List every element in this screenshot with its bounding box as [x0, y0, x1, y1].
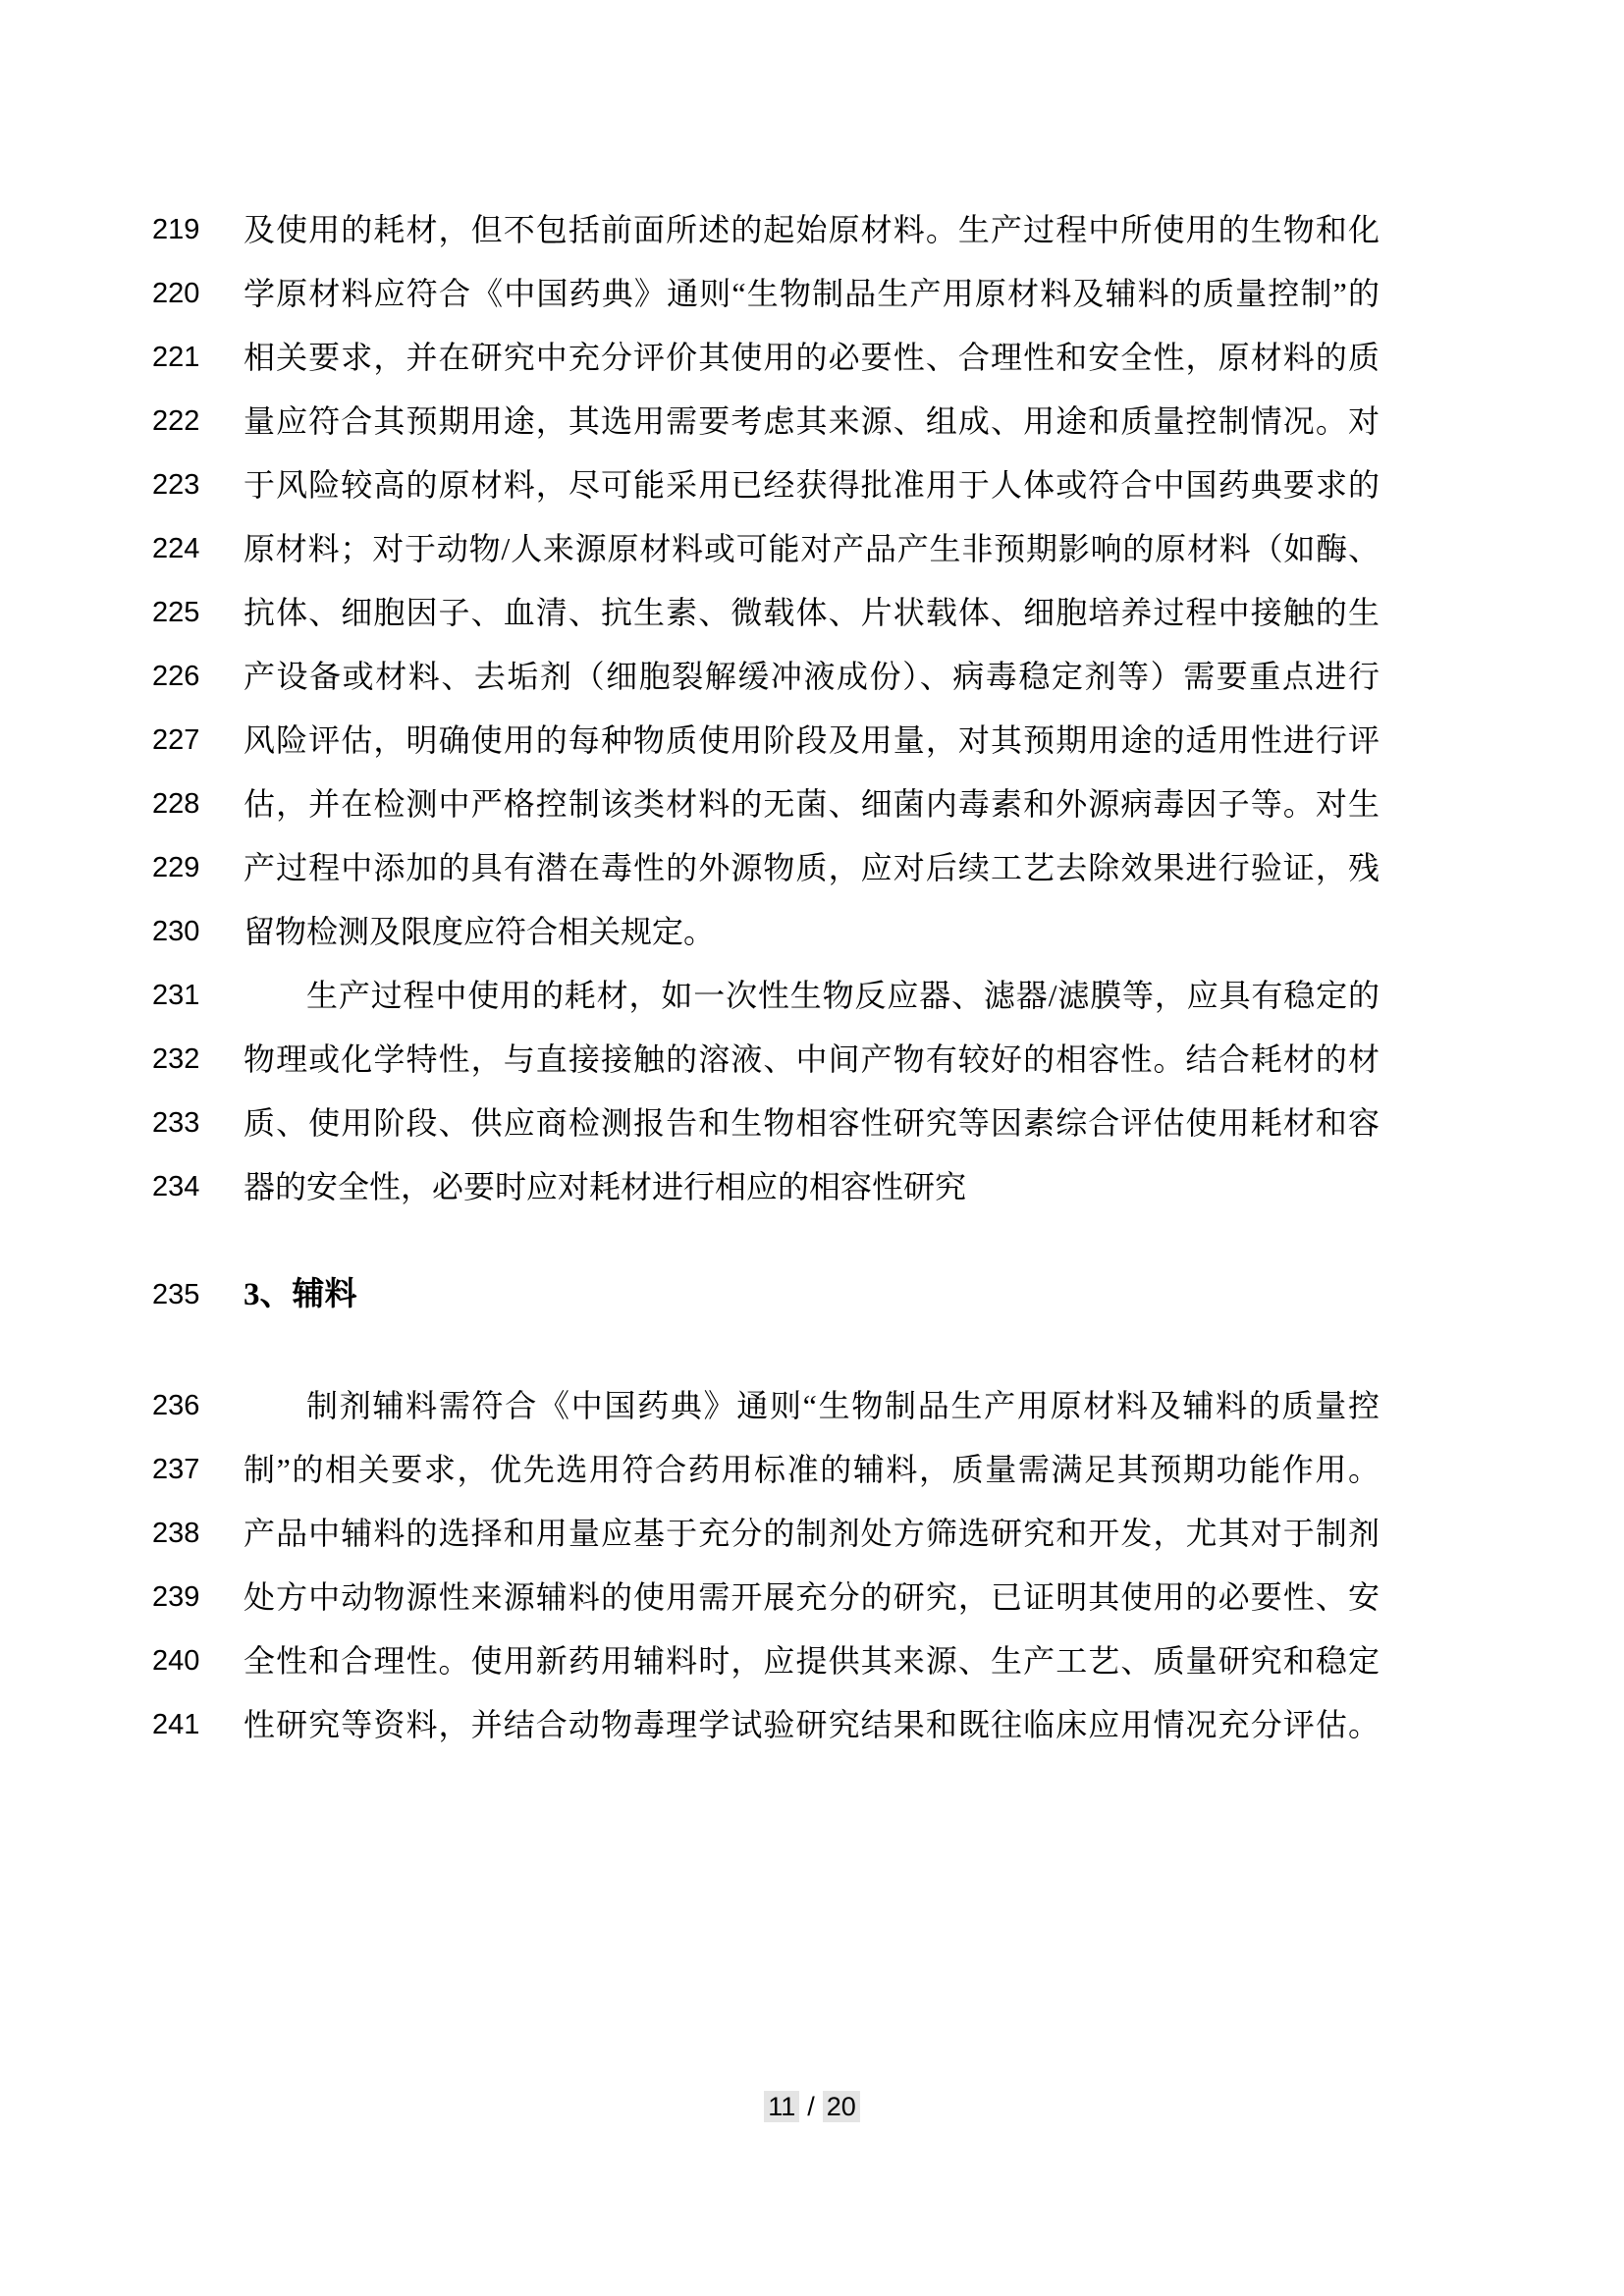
text-line-row: 226产设备或材料、去垢剂（细胞裂解缓冲液成份）、病毒稳定剂等）需要重点进行: [152, 645, 1380, 709]
text-line-row: 237制”的相关要求，优先选用符合药用标准的辅料，质量需满足其预期功能作用。: [152, 1438, 1380, 1502]
line-text: 产过程中添加的具有潜在毒性的外源物质，应对后续工艺去除效果进行验证，残: [244, 836, 1380, 900]
text-line-row: 219及使用的耗材，但不包括前面所述的起始原材料。生产过程中所使用的生物和化: [152, 198, 1380, 262]
document-page: 219及使用的耗材，但不包括前面所述的起始原材料。生产过程中所使用的生物和化22…: [0, 0, 1624, 2296]
text-line-row: 227风险评估，明确使用的每种物质使用阶段及用量，对其预期用途的适用性进行评: [152, 709, 1380, 773]
text-line-row: 239处方中动物源性来源辅料的使用需开展充分的研究，已证明其使用的必要性、安: [152, 1566, 1380, 1629]
line-number: 221: [152, 326, 244, 390]
page-footer: 11/20: [0, 2087, 1624, 2126]
text-line-row: 231生产过程中使用的耗材，如一次性生物反应器、滤器/滤膜等，应具有稳定的: [152, 964, 1380, 1028]
document-body: 219及使用的耗材，但不包括前面所述的起始原材料。生产过程中所使用的生物和化22…: [152, 198, 1380, 1757]
line-number: 238: [152, 1502, 244, 1566]
text-line-row: 223于风险较高的原材料，尽可能采用已经获得批准用于人体或符合中国药典要求的: [152, 454, 1380, 517]
line-text: 质、使用阶段、供应商检测报告和生物相容性研究等因素综合评估使用耗材和容: [244, 1092, 1380, 1155]
line-text: 产设备或材料、去垢剂（细胞裂解缓冲液成份）、病毒稳定剂等）需要重点进行: [244, 645, 1380, 709]
line-text: 制剂辅料需符合《中国药典》通则“生物制品生产用原材料及辅料的质量控: [244, 1374, 1380, 1438]
line-number: 219: [152, 198, 244, 262]
line-text: 原材料；对于动物/人来源原材料或可能对产品产生非预期影响的原材料（如酶、: [244, 517, 1380, 581]
text-line-row: 234器的安全性，必要时应对耗材进行相应的相容性研究: [152, 1155, 1380, 1219]
line-text: 量应符合其预期用途，其选用需要考虑其来源、组成、用途和质量控制情况。对: [244, 390, 1380, 454]
line-number: 226: [152, 645, 244, 709]
text-line-row: 220学原材料应符合《中国药典》通则“生物制品生产用原材料及辅料的质量控制”的: [152, 262, 1380, 326]
text-line-row: 221相关要求，并在研究中充分评价其使用的必要性、合理性和安全性，原材料的质: [152, 326, 1380, 390]
text-line-row: 225抗体、细胞因子、血清、抗生素、微载体、片状载体、细胞培养过程中接触的生: [152, 581, 1380, 645]
line-number: 223: [152, 454, 244, 517]
section-heading-row: 2353、辅料: [152, 1263, 1380, 1327]
page-number-total: 20: [823, 2091, 860, 2122]
line-number: 237: [152, 1438, 244, 1502]
line-number: 228: [152, 773, 244, 836]
line-number: 240: [152, 1629, 244, 1693]
line-number: 233: [152, 1092, 244, 1155]
line-number: 239: [152, 1566, 244, 1629]
text-line-row: 230留物检测及限度应符合相关规定。: [152, 900, 1380, 964]
line-number: 232: [152, 1028, 244, 1092]
text-line-row: 232物理或化学特性，与直接接触的溶液、中间产物有较好的相容性。结合耗材的材: [152, 1028, 1380, 1092]
line-text: 制”的相关要求，优先选用符合药用标准的辅料，质量需满足其预期功能作用。: [244, 1438, 1380, 1502]
line-number: 235: [152, 1263, 244, 1327]
page-number-current: 11: [764, 2091, 799, 2122]
line-number: 230: [152, 900, 244, 964]
line-number: 224: [152, 517, 244, 581]
line-text: 学原材料应符合《中国药典》通则“生物制品生产用原材料及辅料的质量控制”的: [244, 262, 1380, 326]
line-text: 生产过程中使用的耗材，如一次性生物反应器、滤器/滤膜等，应具有稳定的: [244, 964, 1380, 1028]
line-number: 225: [152, 581, 244, 645]
line-number: 241: [152, 1693, 244, 1757]
text-line-row: 228估，并在检测中严格控制该类材料的无菌、细菌内毒素和外源病毒因子等。对生: [152, 773, 1380, 836]
text-line-row: 240全性和合理性。使用新药用辅料时，应提供其来源、生产工艺、质量研究和稳定: [152, 1629, 1380, 1693]
text-line-row: 236制剂辅料需符合《中国药典》通则“生物制品生产用原材料及辅料的质量控: [152, 1374, 1380, 1438]
line-text: 器的安全性，必要时应对耗材进行相应的相容性研究: [244, 1155, 1380, 1219]
line-text: 全性和合理性。使用新药用辅料时，应提供其来源、生产工艺、质量研究和稳定: [244, 1629, 1380, 1693]
line-text: 风险评估，明确使用的每种物质使用阶段及用量，对其预期用途的适用性进行评: [244, 709, 1380, 773]
text-line-row: 224原材料；对于动物/人来源原材料或可能对产品产生非预期影响的原材料（如酶、: [152, 517, 1380, 581]
text-line-row: 222量应符合其预期用途，其选用需要考虑其来源、组成、用途和质量控制情况。对: [152, 390, 1380, 454]
line-number: 222: [152, 390, 244, 454]
line-text: 估，并在检测中严格控制该类材料的无菌、细菌内毒素和外源病毒因子等。对生: [244, 773, 1380, 836]
line-text: 处方中动物源性来源辅料的使用需开展充分的研究，已证明其使用的必要性、安: [244, 1566, 1380, 1629]
text-line-row: 233质、使用阶段、供应商检测报告和生物相容性研究等因素综合评估使用耗材和容: [152, 1092, 1380, 1155]
line-text: 性研究等资料，并结合动物毒理学试验研究结果和既往临床应用情况充分评估。: [244, 1693, 1380, 1757]
section-heading: 3、辅料: [244, 1263, 1380, 1327]
page-number-separator: /: [807, 2092, 815, 2121]
text-line-row: 238产品中辅料的选择和用量应基于充分的制剂处方筛选研究和开发，尤其对于制剂: [152, 1502, 1380, 1566]
line-text: 留物检测及限度应符合相关规定。: [244, 900, 1380, 964]
text-line-row: 241性研究等资料，并结合动物毒理学试验研究结果和既往临床应用情况充分评估。: [152, 1693, 1380, 1757]
line-text: 于风险较高的原材料，尽可能采用已经获得批准用于人体或符合中国药典要求的: [244, 454, 1380, 517]
text-line-row: 229产过程中添加的具有潜在毒性的外源物质，应对后续工艺去除效果进行验证，残: [152, 836, 1380, 900]
line-text: 产品中辅料的选择和用量应基于充分的制剂处方筛选研究和开发，尤其对于制剂: [244, 1502, 1380, 1566]
line-number: 227: [152, 709, 244, 773]
line-text: 物理或化学特性，与直接接触的溶液、中间产物有较好的相容性。结合耗材的材: [244, 1028, 1380, 1092]
line-number: 231: [152, 964, 244, 1028]
line-text: 相关要求，并在研究中充分评价其使用的必要性、合理性和安全性，原材料的质: [244, 326, 1380, 390]
line-text: 及使用的耗材，但不包括前面所述的起始原材料。生产过程中所使用的生物和化: [244, 198, 1380, 262]
line-number: 229: [152, 836, 244, 900]
line-number: 236: [152, 1374, 244, 1438]
line-number: 234: [152, 1155, 244, 1219]
line-text: 抗体、细胞因子、血清、抗生素、微载体、片状载体、细胞培养过程中接触的生: [244, 581, 1380, 645]
line-number: 220: [152, 262, 244, 326]
